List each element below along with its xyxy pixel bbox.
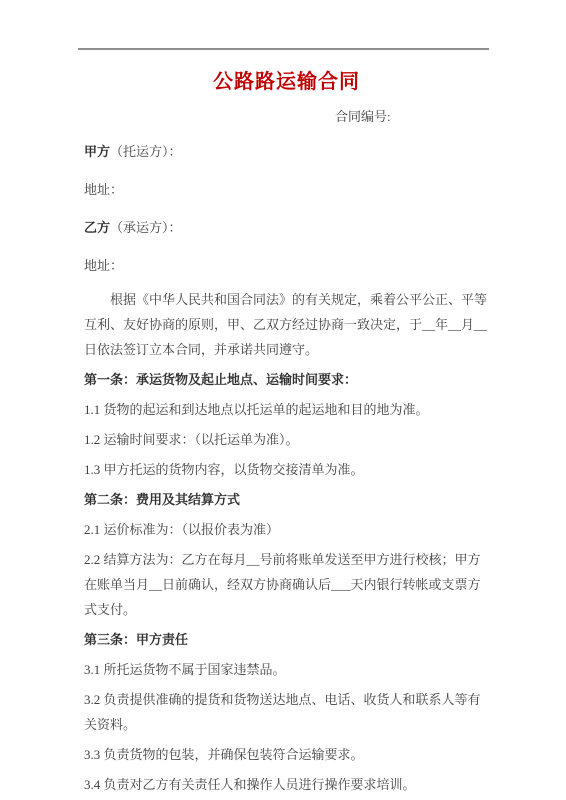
party-b-role-suffix: （承运方）： [110, 220, 182, 235]
clause-1-3: 1.3 甲方托运的货物内容，以货物交接清单为准。 [84, 457, 489, 482]
document-title: 公路路运输合同 [84, 68, 489, 96]
party-b-address-line: 地址： [84, 257, 489, 275]
clause-3-2: 3.2 负责提供准确的提货和货物送达地点、电话、收货人和联系人等有关资料。 [84, 687, 489, 737]
party-a-role-suffix: （托运方）： [110, 144, 182, 159]
party-b-address-label: 地址： [84, 258, 123, 273]
clause-2-2: 2.2 结算方法为：乙方在每月__号前将账单发送至甲方进行校核；甲方在账单当月_… [84, 547, 489, 622]
party-b-line: 乙方（承运方）： [84, 219, 489, 237]
clause-3-1: 3.1 所托运货物不属于国家违禁品。 [84, 657, 489, 682]
party-a-address-line: 地址： [84, 181, 489, 199]
preamble-paragraph: 根据《中华人民共和国合同法》的有关规定，乘着公平公正、平等互利、友好协商的原则，… [84, 287, 489, 362]
party-a-label: 甲方 [84, 144, 110, 159]
header-rule [78, 48, 489, 50]
section-3-heading: 第三条：甲方责任 [84, 627, 489, 652]
section-2-heading: 第二条：费用及其结算方式 [84, 487, 489, 512]
clause-1-1: 1.1 货物的起运和到达地点以托运单的起运地和目的地为准。 [84, 397, 489, 422]
clause-1-2: 1.2 运输时间要求：（以托运单为准）。 [84, 427, 489, 452]
section-1-heading: 第一条：承运货物及起止地点、运输时间要求： [84, 367, 489, 392]
party-b-label: 乙方 [84, 220, 110, 235]
contract-number-label: 合同编号: [335, 108, 489, 126]
contract-document-page: 公路路运输合同 合同编号: 甲方（托运方）： 地址： 乙方（承运方）： 地址： … [0, 0, 566, 800]
party-a-line: 甲方（托运方）： [84, 143, 489, 161]
clause-2-1: 2.1 运价标准为：（以报价表为准） [84, 517, 489, 542]
clause-3-4: 3.4 负责对乙方有关责任人和操作人员进行操作要求培训。 [84, 772, 489, 797]
party-a-address-label: 地址： [84, 182, 123, 197]
clause-3-3: 3.3 负责货物的包装，并确保包装符合运输要求。 [84, 742, 489, 767]
